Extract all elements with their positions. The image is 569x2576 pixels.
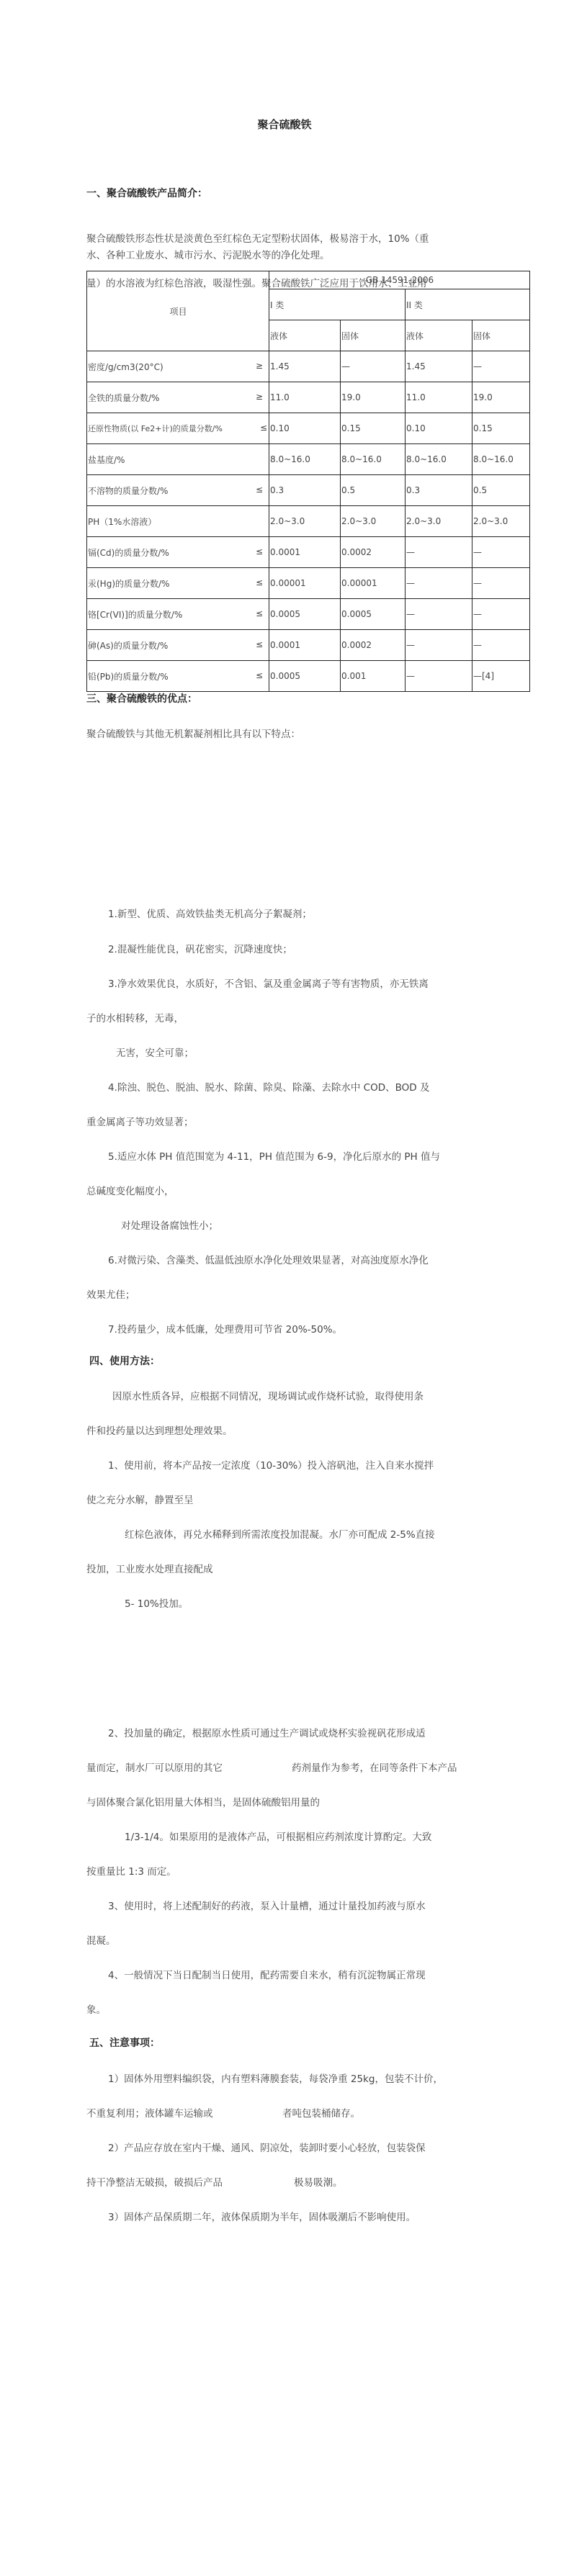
advantage-line: 无害，安全可靠； (116, 1045, 194, 1059)
advantage-line: 7.投药量少，成本低廉，处理费用可节省 20%-50%。 (108, 1321, 342, 1336)
header-item: 项目 (87, 271, 269, 351)
advantage-line: 5.适应水体 PH 值范围宽为 4-11，PH 值范围为 6-9，净化后原水的 … (108, 1148, 440, 1163)
usage-line: 2、投加量的确定，根据原水性质可通过生产调试或烧杯实验视矾花形成适 (108, 1725, 426, 1739)
cell: 2.0~3.0 (341, 506, 406, 537)
cell: 0.10 (406, 413, 472, 444)
table-row: 全铁的质量分数/%≥ 11.0 19.0 11.0 19.0 (87, 382, 530, 413)
table-row: PH（1%水溶液） 2.0~3.0 2.0~3.0 2.0~3.0 2.0~3.… (87, 506, 530, 537)
usage-line: 3、使用时，将上述配制好的药液，泵入计量槽，通过计量投加药液与原水 (108, 1898, 426, 1912)
row-operator: ≥ (256, 361, 263, 373)
usage-line: 1/3-1/4。如果原用的是液体产品，可根据相应药剂浓度计算酌定。大致 (125, 1829, 431, 1843)
advantage-line: 子的水相转移，无毒， (86, 1010, 184, 1024)
row-label: 汞(Hg)的质量分数/% (88, 577, 169, 590)
table-row: 砷(As)的质量分数/%≤ 0.0001 0.0002 — — (87, 630, 530, 661)
doc-title: 聚合硫酸铁 (0, 117, 569, 132)
row-operator: ≤ (260, 423, 267, 434)
cell: — (406, 599, 472, 630)
cell: — (472, 351, 530, 382)
cell: 0.0002 (341, 630, 406, 661)
cell: 8.0~16.0 (341, 444, 406, 475)
cell: 0.3 (406, 475, 472, 506)
row-label: 还原性物质(以 Fe2+计)的质量分数/% (88, 423, 223, 434)
advantage-line: 总碱度变化幅度小， (86, 1183, 174, 1197)
cell: — (472, 599, 530, 630)
usage-line: 按重量比 1:3 而定。 (86, 1863, 176, 1878)
header-liquid-1: 液体 (269, 320, 341, 351)
usage-line: 5- 10%投加。 (125, 1595, 188, 1610)
row-label: 全铁的质量分数/% (88, 392, 159, 404)
cell: 19.0 (472, 382, 530, 413)
table-row: 铬[Cr(VI)]的质量分数/%≤ 0.0005 0.0005 — — (87, 599, 530, 630)
header-liquid-2: 液体 (406, 320, 472, 351)
notes-line: 3）固体产品保质期二年，液体保质期为半年，固体吸潮后不影响使用。 (108, 2209, 416, 2223)
advantage-line: 重金属离子等功效显著； (86, 1114, 194, 1128)
cell: 0.0005 (341, 599, 406, 630)
usage-line: 与固体聚合氯化铝用量大体相当，是固体硫酸铝用量的 (86, 1794, 320, 1809)
cell: 1.45 (406, 351, 472, 382)
advantages-intro: 聚合硫酸铁与其他无机絮凝剂相比具有以下特点： (86, 726, 300, 740)
cell: 8.0~16.0 (269, 444, 341, 475)
usage-line: 混凝。 (86, 1932, 116, 1947)
cell: — (406, 661, 472, 692)
cell: 0.3 (269, 475, 341, 506)
cell: 0.0001 (269, 537, 341, 568)
section-heading-intro: 一、聚合硫酸铁产品简介： (86, 186, 207, 200)
notes-line: 极易吸潮。 (294, 2174, 343, 2189)
notes-line: 者吨包装桶储存。 (282, 2105, 360, 2120)
cell: — (472, 630, 530, 661)
notes-line: 2）产品应存放在室内干燥、通风、阴凉处，装卸时要小心轻放，包装袋保 (108, 2140, 426, 2154)
row-label: 盐基度/% (88, 454, 125, 466)
table-row: 铅(Pb)的质量分数/%≤ 0.0005 0.001 — —[4] (87, 661, 530, 692)
table-row: 汞(Hg)的质量分数/%≤ 0.00001 0.00001 — — (87, 568, 530, 599)
intro-line-1: 聚合硫酸铁形态性状是淡黄色至红棕色无定型粉状固体，极易溶于水，10%（重 (86, 230, 429, 245)
row-operator: ≤ (256, 546, 263, 559)
advantage-line: 1.新型、优质、高效铁盐类无机高分子絮凝剂； (108, 906, 312, 920)
usage-line: 药剂量作为参考，在同等条件下本产品 (292, 1760, 457, 1774)
cell: 0.0001 (269, 630, 341, 661)
row-label: 不溶物的质量分数/% (88, 485, 168, 497)
advantage-line: 对处理设备腐蚀性小； (121, 1217, 218, 1232)
cell: 2.0~3.0 (472, 506, 530, 537)
header-class-1: I 类 (269, 289, 406, 320)
cell: —[4] (472, 661, 530, 692)
cell: 0.0002 (341, 537, 406, 568)
header-class-2: II 类 (406, 289, 530, 320)
usage-line: 因原水性质各异，应根据不同情况，现场调试或作烧杯试验，取得使用条 (112, 1388, 424, 1402)
cell: — (406, 537, 472, 568)
cell: 0.15 (341, 413, 406, 444)
header-solid-2: 固体 (472, 320, 530, 351)
advantage-line: 效果尤佳； (86, 1287, 135, 1301)
usage-line: 1、使用前，将本产品按一定浓度（10-30%）投入溶矾池，注入自来水搅拌 (108, 1457, 434, 1472)
cell: 19.0 (341, 382, 406, 413)
notes-line: 持干净整洁无破损，破损后产品 (86, 2174, 223, 2189)
cell: 0.001 (341, 661, 406, 692)
cell: — (472, 537, 530, 568)
cell: 0.0005 (269, 661, 341, 692)
row-label: 镉(Cd)的质量分数/% (88, 546, 169, 559)
advantage-line: 2.混凝性能优良，矾花密实，沉降速度快； (108, 941, 292, 955)
row-operator: ≤ (256, 639, 263, 652)
usage-line: 红棕色液体，再兑水稀释到所需浓度投加混凝。水厂亦可配成 2-5%直接 (125, 1526, 435, 1541)
notes-line: 不重复利用；液体罐车运输或 (86, 2105, 213, 2120)
usage-line: 投加，工业废水处理直接配成 (86, 1561, 213, 1575)
usage-line: 象。 (86, 2001, 106, 2016)
cell: 11.0 (269, 382, 341, 413)
section-heading-advantages: 三、聚合硫酸铁的优点： (86, 691, 197, 706)
notes-line: 1）固体外用塑料编织袋，内有塑料薄膜套装，每袋净重 25kg，包装不计价， (108, 2071, 443, 2085)
row-operator: ≤ (256, 485, 263, 497)
advantage-line: 6.对微污染、含藻类、低温低浊原水净化处理效果显著，对高浊度原水净化 (108, 1252, 429, 1266)
section-heading-notes: 五、注意事项： (89, 2035, 160, 2050)
cell: 0.5 (341, 475, 406, 506)
cell: — (406, 568, 472, 599)
cell: 8.0~16.0 (406, 444, 472, 475)
advantage-line: 4.除浊、脱色、脱油、脱水、除菌、除臭、除藻、去除水中 COD、BOD 及 (108, 1079, 429, 1094)
intro-line-3: 水、各种工业废水、城市污水、污泥脱水等的净化处理。 (86, 247, 330, 261)
cell: 2.0~3.0 (406, 506, 472, 537)
row-label: 铅(Pb)的质量分数/% (88, 670, 169, 683)
cell: 0.5 (472, 475, 530, 506)
usage-line: 使之充分水解，静置至呈 (86, 1492, 194, 1506)
cell: 0.10 (269, 413, 341, 444)
cell: 11.0 (406, 382, 472, 413)
row-operator: ≤ (256, 670, 263, 683)
row-label: 密度/g/cm3(20°C) (88, 361, 163, 373)
cell: 8.0~16.0 (472, 444, 530, 475)
row-label: 砷(As)的质量分数/% (88, 639, 168, 652)
row-operator: ≥ (256, 392, 263, 404)
table-row: 密度/g/cm3(20°C)≥ 1.45 — 1.45 — (87, 351, 530, 382)
table-row: 镉(Cd)的质量分数/%≤ 0.0001 0.0002 — — (87, 537, 530, 568)
usage-line: 件和投药量以达到理想处理效果。 (86, 1423, 233, 1437)
cell: 0.15 (472, 413, 530, 444)
usage-line: 4、一般情况下当日配制当日使用，配药需要自来水，稍有沉淀物属正常现 (108, 1967, 426, 1981)
row-label: PH（1%水溶液） (88, 515, 156, 528)
cell: 1.45 (269, 351, 341, 382)
spec-table-grid: 项目 GB 14591-2006 I 类 II 类 液体 固体 液体 固体 密度… (86, 271, 530, 692)
header-solid-1: 固体 (341, 320, 406, 351)
advantage-line: 3.净水效果优良，水质好，不含铝、氯及重金属离子等有害物质，亦无铁离 (108, 976, 429, 990)
table-row: 不溶物的质量分数/%≤ 0.3 0.5 0.3 0.5 (87, 475, 530, 506)
row-operator: ≤ (256, 577, 263, 590)
cell: 0.0005 (269, 599, 341, 630)
usage-line: 量而定，制水厂可以原用的其它 (86, 1760, 223, 1774)
cell: — (341, 351, 406, 382)
table-row: 盐基度/% 8.0~16.0 8.0~16.0 8.0~16.0 8.0~16.… (87, 444, 530, 475)
table-row: 还原性物质(以 Fe2+计)的质量分数/%≤ 0.10 0.15 0.10 0.… (87, 413, 530, 444)
header-standard: GB 14591-2006 (269, 271, 530, 289)
cell: — (406, 630, 472, 661)
cell: 0.00001 (269, 568, 341, 599)
row-operator: ≤ (256, 608, 263, 621)
cell: — (472, 568, 530, 599)
cell: 2.0~3.0 (269, 506, 341, 537)
section-heading-usage: 四、使用方法： (89, 1354, 160, 1368)
cell: 0.00001 (341, 568, 406, 599)
row-label: 铬[Cr(VI)]的质量分数/% (88, 608, 182, 621)
